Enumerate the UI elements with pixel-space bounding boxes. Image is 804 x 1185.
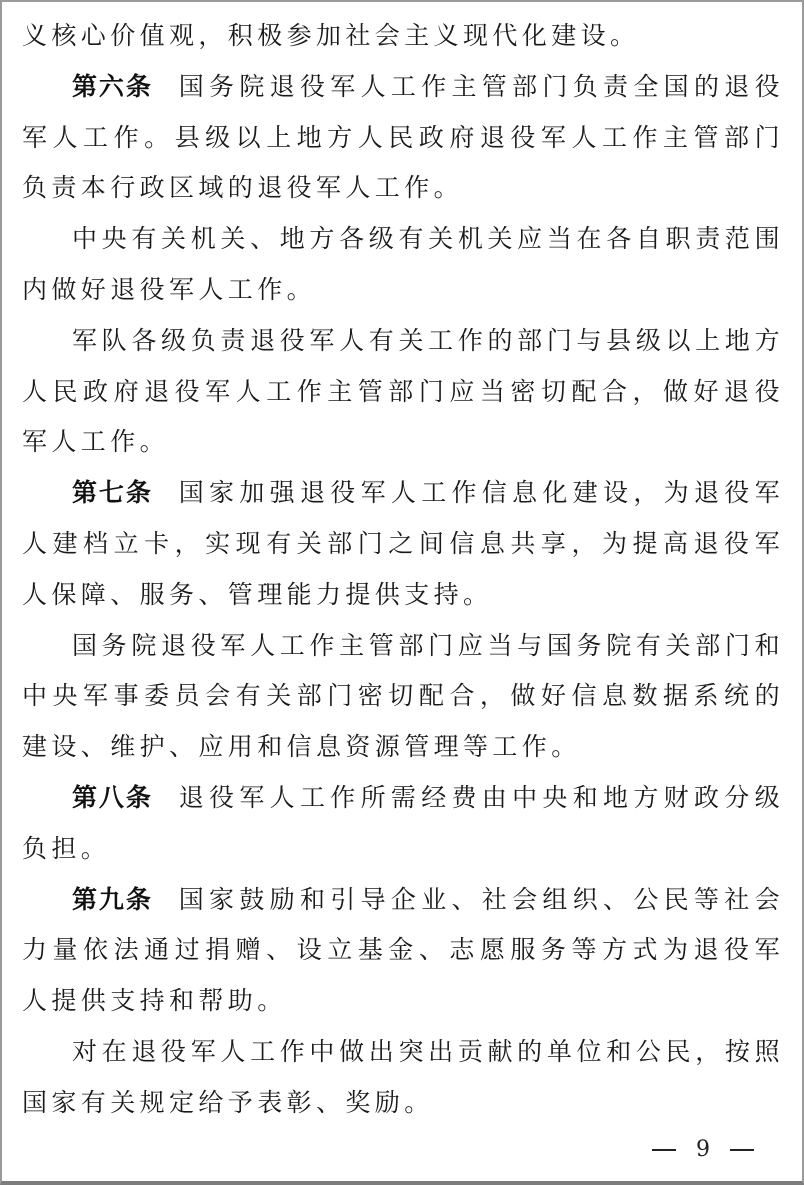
page-number: 9 bbox=[652, 1137, 754, 1162]
paragraph: 对在退役军人工作中做出突出贡献的单位和公民，按照国家有关规定给予表彰、奖励。 bbox=[22, 1027, 784, 1129]
paragraph-continuation: 义核心价值观，积极参加社会主义现代化建设。 bbox=[22, 11, 784, 62]
page-number-text: 9 bbox=[696, 1137, 710, 1162]
article-6: 第六条国务院退役军人工作主管部门负责全国的退役军人工作。县级以上地方人民政府退役… bbox=[22, 62, 784, 214]
dash-left bbox=[652, 1149, 676, 1151]
paragraph-text: 国务院退役军人工作主管部门应当与国务院有关部门和中央军事委员会有关部门密切配合，… bbox=[22, 631, 784, 762]
paragraph: 国务院退役军人工作主管部门应当与国务院有关部门和中央军事委员会有关部门密切配合，… bbox=[22, 621, 784, 773]
document-page: 义核心价值观，积极参加社会主义现代化建设。 第六条国务院退役军人工作主管部门负责… bbox=[0, 0, 804, 1185]
paragraph-text: 对在退役军人工作中做出突出贡献的单位和公民，按照国家有关规定给予表彰、奖励。 bbox=[22, 1037, 784, 1117]
dash-right bbox=[730, 1149, 754, 1151]
article-label: 第八条 bbox=[72, 783, 153, 812]
article-label: 第六条 bbox=[72, 72, 153, 101]
paragraph-text: 中央有关机关、地方各级有关机关应当在各自职责范围内做好退役军人工作。 bbox=[22, 224, 784, 304]
paragraph-text: 军队各级负责退役军人有关工作的部门与县级以上地方人民政府退役军人工作主管部门应当… bbox=[22, 326, 784, 457]
article-9: 第九条国家鼓励和引导企业、社会组织、公民等社会力量依法通过捐赠、设立基金、志愿服… bbox=[22, 875, 784, 1027]
paragraph: 中央有关机关、地方各级有关机关应当在各自职责范围内做好退役军人工作。 bbox=[22, 214, 784, 316]
article-label: 第七条 bbox=[72, 478, 153, 507]
paragraph-text: 义核心价值观，积极参加社会主义现代化建设。 bbox=[22, 21, 639, 50]
article-label: 第九条 bbox=[72, 885, 153, 914]
paragraph: 军队各级负责退役军人有关工作的部门与县级以上地方人民政府退役军人工作主管部门应当… bbox=[22, 316, 784, 468]
article-7: 第七条国家加强退役军人工作信息化建设，为退役军人建档立卡，实现有关部门之间信息共… bbox=[22, 468, 784, 620]
article-8: 第八条退役军人工作所需经费由中央和地方财政分级负担。 bbox=[22, 773, 784, 875]
document-body: 义核心价值观，积极参加社会主义现代化建设。 第六条国务院退役军人工作主管部门负责… bbox=[22, 11, 784, 1129]
